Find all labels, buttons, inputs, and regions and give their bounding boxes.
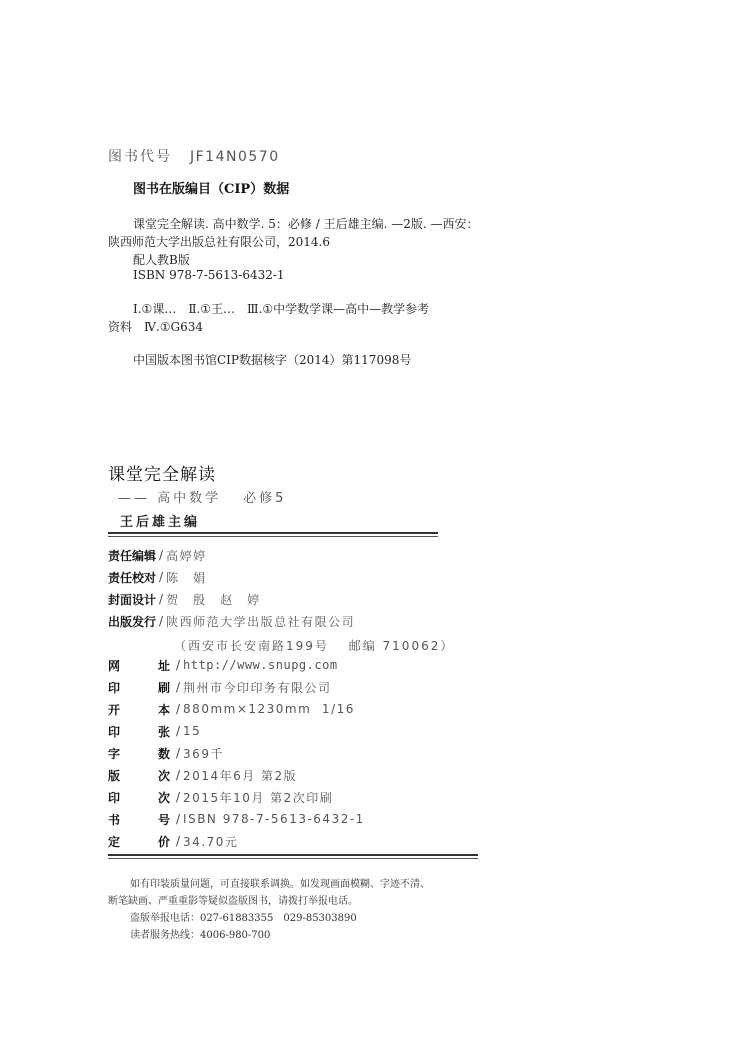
subtitle-volume: 必修5 xyxy=(243,491,286,506)
book-code: 图书代号JF14N0570 xyxy=(108,146,280,166)
cip-isbn: ISBN 978-7-5613-6432-1 xyxy=(133,268,285,282)
cip-classification-2: 资料 Ⅳ.①G634 xyxy=(108,318,203,335)
book-author: 王后雄主编 xyxy=(120,511,200,530)
notice-line-2: 断笔缺画、严重重影等疑似盗版图书，请拨打举报电话。 xyxy=(108,892,358,907)
notice-line-1: 如有印装质量问题，可直接联系调换。如发现画面模糊、字迹不清、 xyxy=(130,875,430,890)
book-subtitle: —— 高中数学必修5 xyxy=(118,487,286,506)
credit-row-publisher: 出版发行/陕西师范大学出版总社有限公司 xyxy=(108,611,355,631)
credit-row-proofreader: 责任校对/陈 娟 xyxy=(108,567,207,587)
spec-row-sheets: 印张/15 xyxy=(108,721,201,741)
subtitle-subject: —— 高中数学 xyxy=(118,491,221,506)
spec-row-edition: 版次/2014年6月 第2版 xyxy=(108,765,297,785)
spec-row-printing: 印次/2015年10月 第2次印刷 xyxy=(108,787,333,807)
book-title: 课堂完全解读 xyxy=(108,460,216,485)
cip-classification-1: Ⅰ.①课… Ⅱ.①王… Ⅲ.①中学数学课—高中—教学参考 xyxy=(133,300,429,317)
double-rule-bottom xyxy=(108,854,478,859)
cip-line-1: 课堂完全解读. 高中数学. 5：必修 / 王后雄主编. —2版. —西安： xyxy=(133,215,478,232)
double-rule-top xyxy=(108,532,438,537)
reader-service-hotline: 读者服务热线：4006-980-700 xyxy=(130,926,270,941)
publisher-address: （西安市长安南路199号 邮编 710062） xyxy=(174,637,454,654)
cip-line-3: 配人教B版 xyxy=(133,251,190,268)
website-link[interactable]: http://www.snupg.com xyxy=(183,658,338,672)
spec-row-website: 网址/http://www.snupg.com xyxy=(108,655,338,675)
credit-row-cover-design: 封面设计/贺 殷 赵 婷 xyxy=(108,589,261,609)
credit-value: 贺 殷 赵 婷 xyxy=(166,591,261,608)
credit-value: 高婷婷 xyxy=(166,547,207,564)
spec-row-printer: 印刷/荆州市今印印务有限公司 xyxy=(108,677,332,697)
credit-row-editor: 责任编辑/高婷婷 xyxy=(108,545,207,565)
cip-title: 图书在版编目（CIP）数据 xyxy=(133,178,289,197)
piracy-hotline: 盗版举报电话：027-61883355 029-85303890 xyxy=(130,909,357,924)
cip-verification: 中国版本图书馆CIP数据核字（2014）第117098号 xyxy=(133,351,411,368)
credit-value: 陕西师范大学出版总社有限公司 xyxy=(166,613,355,630)
spec-row-price: 定价/34.70元 xyxy=(108,831,238,851)
cip-line-2: 陕西师范大学出版总社有限公司，2014.6 xyxy=(108,233,330,250)
credit-label: 出版发行 xyxy=(108,613,156,630)
book-code-label: 图书代号 xyxy=(108,149,172,165)
credit-value: 陈 娟 xyxy=(166,569,207,586)
credit-label: 封面设计 xyxy=(108,591,156,608)
spec-row-isbn: 书号/ISBN 978-7-5613-6432-1 xyxy=(108,809,365,829)
spec-row-word-count: 字数/369千 xyxy=(108,743,224,763)
book-code-value: JF14N0570 xyxy=(190,149,280,165)
credit-label: 责任编辑 xyxy=(108,547,156,564)
spec-row-format: 开本/880mm×1230mm 1/16 xyxy=(108,699,355,719)
credit-label: 责任校对 xyxy=(108,569,156,586)
